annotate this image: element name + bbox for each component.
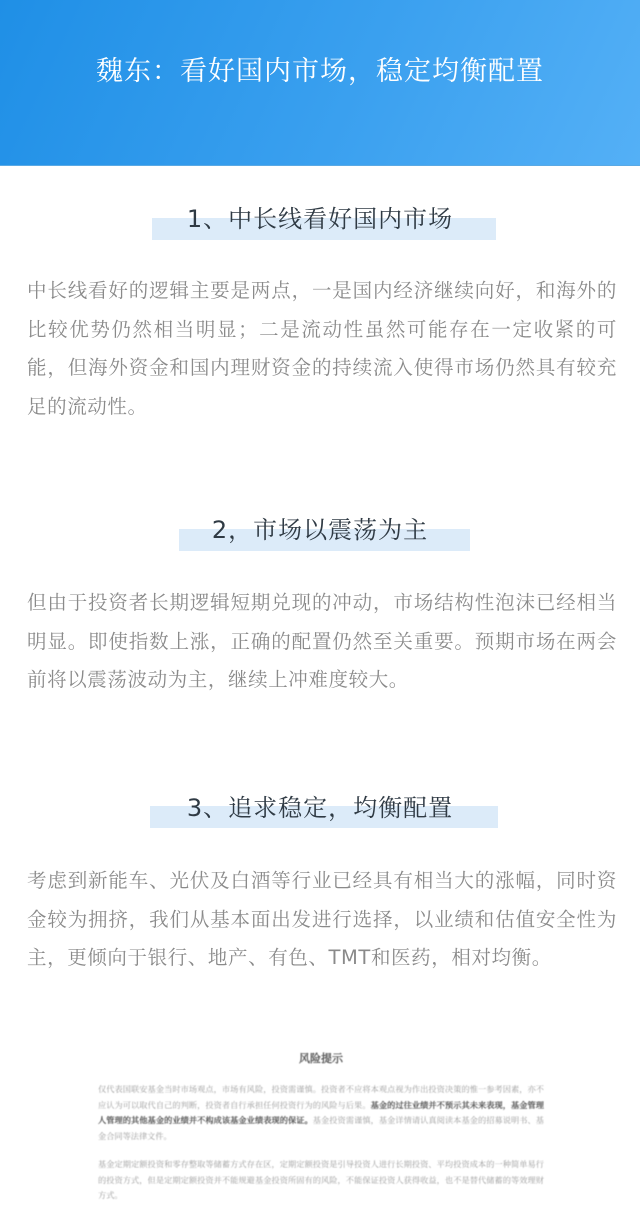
article-title: 魏东：看好国内市场，稳定均衡配置 — [0, 52, 640, 92]
section-body-3: 考虑到新能车、光伏及白酒等行业已经具有相当大的涨幅，同时资金较为拥挤，我们从基本… — [27, 862, 617, 978]
section-heading-text: 2，市场以震荡为主 — [0, 513, 640, 547]
risk-notice-paragraph-2: 基金定期定额投资和零存整取等储蓄方式存在区，定期定额投资是引导投资人进行长期投资… — [98, 1157, 544, 1204]
section-heading-2: 2，市场以震荡为主 — [0, 511, 640, 551]
section-body-2: 但由于投资者长期逻辑短期兑现的冲动，市场结构性泡沫已经相当明显。即使指数上涨，正… — [27, 584, 617, 700]
header-banner: 魏东：看好国内市场，稳定均衡配置 — [0, 0, 640, 166]
section-heading-text: 3、追求稳定，均衡配置 — [0, 791, 640, 825]
risk-notice-paragraph-1: 仅代表国联安基金当时市场观点，市场有风险，投资需谨慎。投资者不应将本观点视为作出… — [98, 1082, 544, 1144]
section-body-1: 中长线看好的逻辑主要是两点，一是国内经济继续向好，和海外的比较优势仍然相当明显；… — [27, 272, 617, 426]
section-heading-3: 3、追求稳定，均衡配置 — [0, 789, 640, 829]
section-heading-text: 1、中长线看好国内市场 — [0, 202, 640, 236]
section-heading-1: 1、中长线看好国内市场 — [0, 200, 640, 240]
risk-notice: 风险提示 仅代表国联安基金当时市场观点，市场有风险，投资需谨慎。投资者不应将本观… — [98, 1040, 544, 1225]
risk-notice-title: 风险提示 — [98, 1052, 544, 1066]
